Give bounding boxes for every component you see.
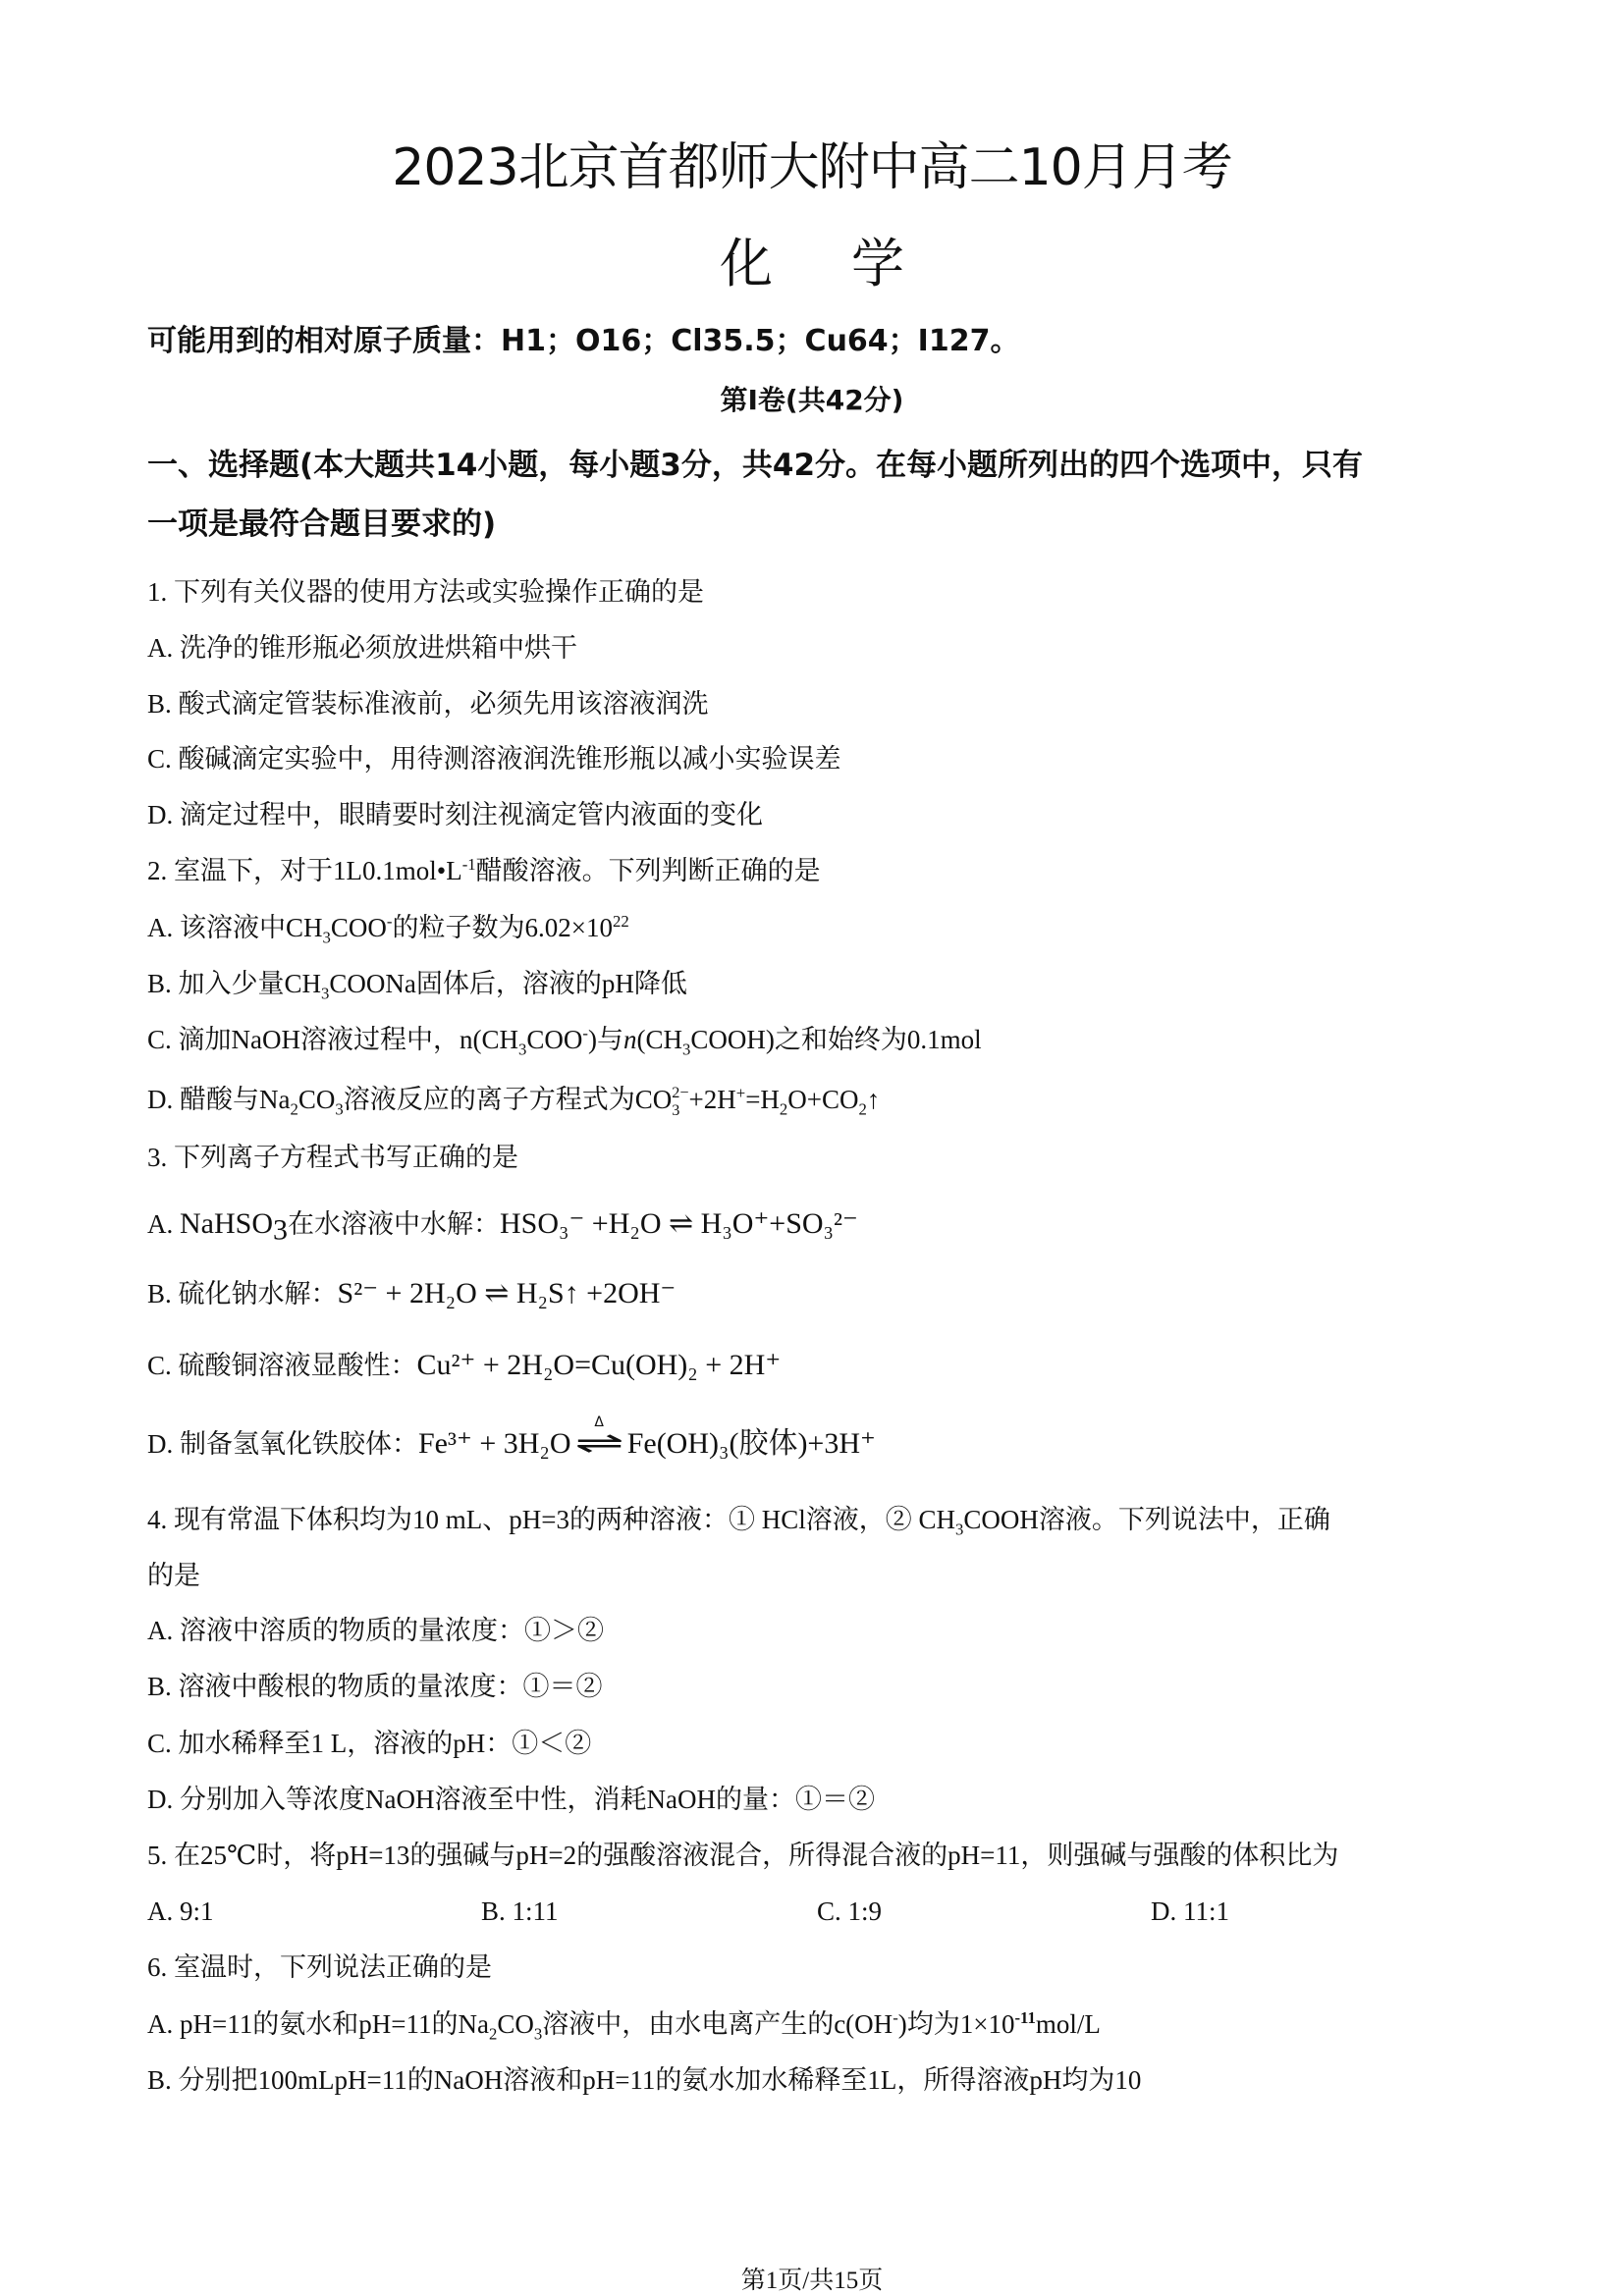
question-4-stem-line-1: 4. 现有常温下体积均为10 mL、pH=3的两种溶液：① HCl溶液，② CH… [147,1507,1330,1533]
atomic-masses-note: 可能用到的相对原子质量：H1；O16；Cl35.5；Cu64；I127。 [147,327,1019,356]
text: +2H [689,1085,736,1114]
equation-left: Fe³⁺ + 3H₂O [418,1427,571,1460]
question-5-stem: 5. 在25℃时，将pH=13的强碱与pH=2的强酸溶液混合，所得混合液的pH=… [147,1842,1338,1869]
text: B. 加入少量CH [147,969,321,998]
question-1-option-a: A. 洗净的锥形瓶必须放进烘箱中烘干 [147,635,577,662]
subscript: 3 [273,1213,288,1246]
page-indicator: 第1页/共15页 [0,2261,1624,2296]
text: )与 [588,1025,623,1054]
subscript: 3 [672,1102,688,1120]
superscript: 2− [672,1085,688,1102]
text: 4. 现有常温下体积均为10 mL、pH=3的两种溶液：① HCl溶液，② CH [147,1505,955,1534]
question-4-stem-line-2: 的是 [147,1563,200,1589]
equation: Cu²⁺ + 2H₂O=Cu(OH)₂ + 2H⁺ [417,1349,782,1381]
text: mol/L [1036,2009,1101,2039]
question-4-option-a: A. 溶液中溶质的物质的量浓度：①＞② [147,1618,604,1644]
equation-right: Fe(OH)₃(胶体)+3H⁺ [627,1427,876,1460]
text: D. 制备氢氧化铁胶体： [147,1429,418,1459]
section-title: 第I卷(共42分) [0,387,1624,414]
subscript: 3 [534,2024,542,2043]
question-5-option-c: C. 1:9 [817,1898,882,1925]
text: CO [497,2009,534,2039]
question-1-option-b: B. 酸式滴定管装标准液前，必须先用该溶液润洗 [147,691,709,718]
text: COOH溶液。下列说法中，正确 [963,1505,1330,1534]
text: B. 硫化钠水解： [147,1279,338,1308]
text: O+CO [787,1085,858,1114]
question-4-option-b: B. 溶液中酸根的物质的量浓度：①＝② [147,1674,603,1700]
text: A. pH=11的氨水和pH=11的Na [147,2009,489,2039]
ion-charge: 2−3 [672,1085,688,1120]
question-3-option-d: D. 制备氢氧化铁胶体：Fe³⁺ + 3H₂OΔ⇌Fe(OH)₃(胶体)+3H⁺ [147,1429,876,1459]
text: )均为1×10 [898,2009,1015,2039]
exam-page: 2023北京首都师大附中高二10月月考 化学 可能用到的相对原子质量：H1；O1… [0,0,1624,2296]
text: COO [331,913,387,942]
superscript: -11 [1014,2008,1035,2027]
question-1-option-d: D. 滴定过程中，眼睛要时刻注视滴定管内液面的变化 [147,802,763,828]
question-3-option-c: C. 硫酸铜溶液显酸性：Cu²⁺ + 2H₂O=Cu(OH)₂ + 2H⁺ [147,1351,781,1380]
text: 溶液反应的离子方程式为CO [344,1085,673,1114]
text: COO [526,1025,582,1054]
exam-title: 2023北京首都师大附中高二10月月考 [0,126,1624,199]
question-3-stem: 3. 下列离子方程式书写正确的是 [147,1145,518,1171]
question-2-stem: 2. 室温下，对于1L0.1mol•L-1醋酸溶液。下列判断正确的是 [147,858,821,884]
text: 在水溶液中水解： [288,1209,500,1239]
equilibrium-arrow-icon: ⇌ [574,1429,623,1459]
question-2-option-a: A. 该溶液中CH3COO-的粒子数为6.02×1022 [147,915,629,941]
text: A. 该溶液中CH [147,913,323,942]
question-1-stem: 1. 下列有关仪器的使用方法或实验操作正确的是 [147,579,704,606]
instructions-line-2: 一项是最符合题目要求的) [147,509,496,540]
question-3-option-b: B. 硫化钠水解：S²⁻ + 2H₂O ⇌ H₂S↑ +2OH⁻ [147,1279,676,1308]
text: =H [745,1085,780,1114]
question-4-option-d: D. 分别加入等浓度NaOH溶液至中性，消耗NaOH的量：①＝② [147,1787,875,1813]
text: D. 醋酸与Na [147,1085,290,1114]
reversible-arrow-with-heat: Δ⇌ [571,1429,627,1459]
text: (CH [636,1025,682,1054]
question-4-option-c: C. 加水稀释至1 L，溶液的pH：①＜② [147,1731,591,1757]
question-2-option-b: B. 加入少量CH3COONa固体后，溶液的pH降低 [147,971,687,997]
equation: HSO₃⁻ +H₂O ⇌ H₃O⁺+SO₃²⁻ [500,1207,858,1240]
text: CO [298,1085,336,1114]
instructions-line-1: 一、选择题(本大题共14小题，每小题3分，共42分。在每小题所列出的四个选项中，… [147,451,1363,481]
question-5-option-a: A. 9:1 [147,1898,214,1925]
text: A. [147,1209,180,1239]
text: 的粒子数为6.02×10 [392,913,612,942]
formula: NaHSO [180,1207,273,1240]
question-6-stem: 6. 室温时，下列说法正确的是 [147,1954,492,1981]
question-6-option-b: B. 分别把100mLpH=11的NaOH溶液和pH=11的氨水加水稀释至1L，… [147,2067,1141,2094]
text: C. 硫酸铜溶液显酸性： [147,1351,417,1380]
text: 溶液中，由水电离产生的c(OH [542,2009,893,2039]
subscript: 2 [859,1099,867,1118]
subscript: 3 [323,928,331,946]
text: COOH)之和始终为0.1mol [690,1025,981,1054]
subscript: 2 [290,1099,298,1118]
text: COONa固体后，溶液的pH降低 [329,969,687,998]
subscript: 3 [335,1099,343,1118]
question-3-option-a: A. NaHSO3在水溶液中水解：HSO₃⁻ +H₂O ⇌ H₃O⁺+SO₃²⁻ [147,1209,858,1239]
question-1-option-c: C. 酸碱滴定实验中，用待测溶液润洗锥形瓶以减小实验误差 [147,746,841,773]
superscript: + [736,1084,745,1102]
question-5-option-d: D. 11:1 [1151,1898,1229,1925]
question-2-option-d: D. 醋酸与Na2CO3溶液反应的离子方程式为CO2−3+2H+=H2O+CO2… [147,1085,880,1120]
question-5-option-b: B. 1:11 [481,1898,559,1925]
exam-subject: 化学 [0,222,1624,297]
stem-text: 2. 室温下，对于1L0.1mol•L [147,856,462,885]
text: C. 滴加NaOH溶液过程中，n(CH [147,1025,518,1054]
gas-arrow: ↑ [867,1085,881,1114]
stem-text: 醋酸溶液。下列判断正确的是 [476,856,821,885]
superscript: -1 [462,855,476,874]
question-2-option-c: C. 滴加NaOH溶液过程中，n(CH3COO-)与n(CH3COOH)之和始终… [147,1027,982,1053]
superscript: 22 [613,912,629,931]
question-6-option-a: A. pH=11的氨水和pH=11的Na2CO3溶液中，由水电离产生的c(OH-… [147,2011,1101,2038]
italic-n: n [623,1025,637,1054]
equation: S²⁻ + 2H₂O ⇌ H₂S↑ +2OH⁻ [338,1277,677,1309]
